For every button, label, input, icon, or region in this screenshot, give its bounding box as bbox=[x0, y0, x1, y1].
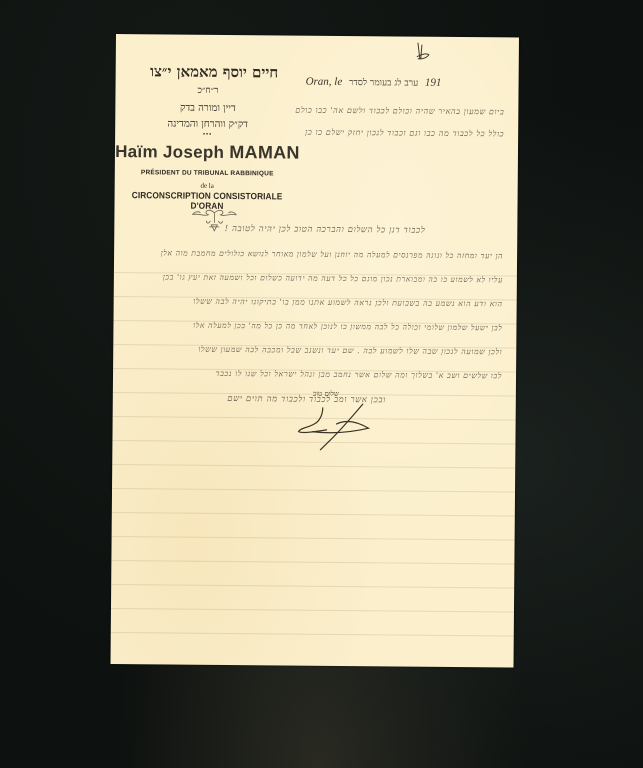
ruled-line bbox=[111, 560, 514, 565]
ruled-line bbox=[112, 536, 515, 541]
letter-paper: חיים יוסף מאמאן י״צו ר״ח״כ דיין ומורה בד… bbox=[111, 34, 519, 667]
dateline: Oran, le ערב לג בעומר לסדר 191 bbox=[306, 76, 506, 90]
handwritten-line: עליו לא לשמוע כו כה ומבוארת נכון מוגם כל… bbox=[163, 272, 503, 284]
letterhead-name-prefix: Haïm Joseph bbox=[115, 142, 229, 162]
handwritten-line: לבו שלשים ושב א' בשלוך ומה שלום אשר נחמב… bbox=[216, 369, 503, 380]
handwritten-line: לכבוד דנן כל השלום והברכה הטוב לכן יהיה … bbox=[225, 223, 426, 236]
ruled-line bbox=[112, 512, 515, 517]
ruled-line bbox=[111, 632, 514, 637]
letterhead-title-line1: PRÉSIDENT DU TRIBUNAL RABBINIQUE bbox=[115, 169, 300, 178]
letterhead-hebrew-name: חיים יוסף מאמאן י״צו bbox=[122, 62, 307, 83]
letterhead-hebrew-line4: דק״ק ווהרחן והמדינה bbox=[115, 118, 300, 131]
handwritten-line: ולכן שמועה לנכון שבה שלו לשמוע לבה . שם … bbox=[198, 345, 502, 357]
dateline-place: Oran, le bbox=[306, 76, 343, 88]
handwritten-line: הן יעד ומחזה כל ונוגה מפרנסים למעלה מה י… bbox=[161, 248, 503, 260]
signature-hebrew: שלום טוב bbox=[313, 390, 339, 398]
letterhead-title-line2: de la bbox=[115, 181, 300, 191]
letterhead-surname: MAMAN bbox=[229, 142, 300, 163]
dateline-year: 191 bbox=[425, 77, 442, 89]
ruled-line bbox=[111, 608, 514, 613]
ruled-line bbox=[112, 464, 515, 469]
handwritten-line: ביום שמעון בהאיר שהיה וכולם לכבוד ולשם א… bbox=[295, 106, 504, 117]
signature-flourish-icon bbox=[292, 402, 382, 453]
ruled-line bbox=[111, 584, 514, 589]
letterhead-name: Haïm Joseph MAMAN bbox=[115, 141, 300, 164]
letterhead-hebrew-line2: ר״ח״כ bbox=[115, 84, 300, 97]
handwritten-line: כולל כל לכבוד מה כבו וגם וכבוד לנכון יחז… bbox=[305, 128, 504, 139]
handwritten-initials-icon bbox=[414, 41, 432, 63]
dateline-handwritten-date: ערב לג בעומר לסדר bbox=[349, 77, 418, 89]
handwritten-line: לבן ישעל שלמון שלומי וכולה כל לבה ממשון … bbox=[193, 321, 502, 333]
ruled-line bbox=[112, 488, 515, 493]
letterhead-hebrew-line3: דיין ומורה בדק bbox=[115, 102, 300, 115]
letterhead-divider: ••• bbox=[115, 131, 300, 139]
handwritten-line: הוא ודע הוא נשמע בה בשבועת ולכן נראה לשמ… bbox=[193, 297, 502, 309]
